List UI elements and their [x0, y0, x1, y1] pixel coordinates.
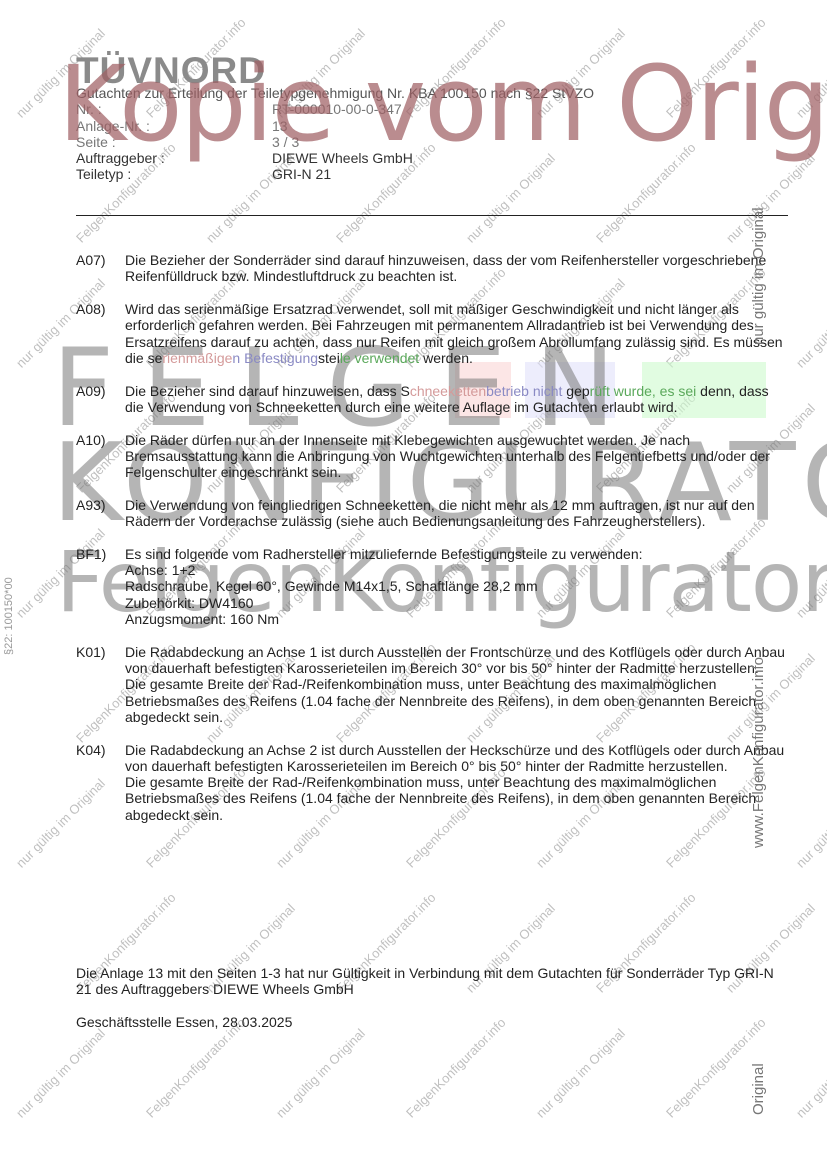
condition-code: A93) [76, 497, 125, 530]
diagonal-watermark: nur gültig im Original [533, 1026, 628, 1121]
condition-text: Die gesamte Breite der Rad-/Reifenkombin… [125, 774, 788, 823]
closing-section: Die Anlage 13 mit den Seiten 1-3 hat nur… [76, 965, 788, 1030]
condition-a93: A93) Die Verwendung von feingliedrigen S… [76, 497, 788, 530]
condition-a10: A10) Die Räder dürfen nur an der Innense… [76, 432, 788, 481]
watermark-kopie-vom-original: Kopie vom Original [58, 52, 827, 156]
condition-code: A10) [76, 432, 125, 481]
diagonal-watermark: nur gültig im Original [273, 1026, 368, 1121]
condition-code: K04) [76, 742, 125, 823]
condition-bf1: BF1) Es sind folgende vom Radhersteller … [76, 546, 788, 627]
diagonal-watermark: nur gültig im Original [13, 1026, 108, 1121]
diagonal-watermark: FelgenKonfigurator.info [403, 1015, 509, 1121]
condition-text: Die Radabdeckung an Achse 1 ist durch Au… [125, 644, 788, 677]
diagonal-watermark: nur gültig im Original [793, 276, 827, 371]
field-label: Teiletyp : [76, 166, 272, 182]
condition-a08: A08) Wird das serienmäßige Ersatzrad ver… [76, 301, 788, 366]
condition-text: Die gesamte Breite der Rad-/Reifenkombin… [125, 676, 788, 725]
condition-text: Anzugsmoment: 160 Nm [125, 611, 788, 627]
condition-code: A07) [76, 252, 125, 285]
side-watermark-bottom: Original [750, 1063, 767, 1115]
condition-k04: K04) Die Radabdeckung an Achse 2 ist dur… [76, 742, 788, 823]
side-watermark-top: nur gültig im Original [750, 207, 767, 345]
condition-text: Radschraube, Kegel 60°, Gewinde M14x1,5,… [125, 578, 788, 594]
condition-text: Zubehörkit: DW4160 [125, 595, 788, 611]
header-field-teiletyp: Teiletyp : GRI-N 21 [76, 166, 594, 182]
diagonal-watermark: nur gültig im Original [793, 1026, 827, 1121]
condition-text: Die Verwendung von feingliedrigen Schnee… [125, 497, 788, 530]
condition-text: Achse: 1+2 [125, 562, 788, 578]
field-value: GRI-N 21 [272, 166, 331, 182]
validity-statement: Die Anlage 13 mit den Seiten 1-3 hat nur… [76, 965, 788, 998]
diagonal-watermark: FelgenKonfigurator.info [143, 1015, 249, 1121]
document-page: nur gültig im OriginalFelgenKonfigurator… [0, 0, 827, 1169]
side-watermark-middle: www.FelgenKonfigurator.info [750, 657, 767, 848]
condition-text: Wird das serienmäßige Ersatzrad verwende… [125, 301, 788, 366]
condition-text: Die Bezieher sind darauf hinzuweisen, da… [125, 383, 788, 416]
conditions-list: A07) Die Bezieher der Sonderräder sind d… [76, 252, 788, 839]
condition-code: BF1) [76, 546, 125, 627]
condition-k01: K01) Die Radabdeckung an Achse 1 ist dur… [76, 644, 788, 725]
condition-text: Die Radabdeckung an Achse 2 ist durch Au… [125, 742, 788, 775]
condition-a09: A09) Die Bezieher sind darauf hinzuweise… [76, 383, 788, 416]
signature-line: Geschäftsstelle Essen, 28.03.2025 [76, 1014, 788, 1030]
diagonal-watermark: nur gültig im Original [793, 776, 827, 871]
condition-a07: A07) Die Bezieher der Sonderräder sind d… [76, 252, 788, 285]
condition-text: Die Räder dürfen nur an der Innenseite m… [125, 432, 788, 481]
condition-text: Die Bezieher der Sonderräder sind darauf… [125, 252, 788, 285]
condition-text: Es sind folgende vom Radhersteller mitzu… [125, 546, 788, 562]
condition-code: A08) [76, 301, 125, 366]
side-reference-left: §22: 100150*00 [3, 577, 15, 655]
condition-code: A09) [76, 383, 125, 416]
condition-code: K01) [76, 644, 125, 725]
header-divider [76, 215, 788, 216]
